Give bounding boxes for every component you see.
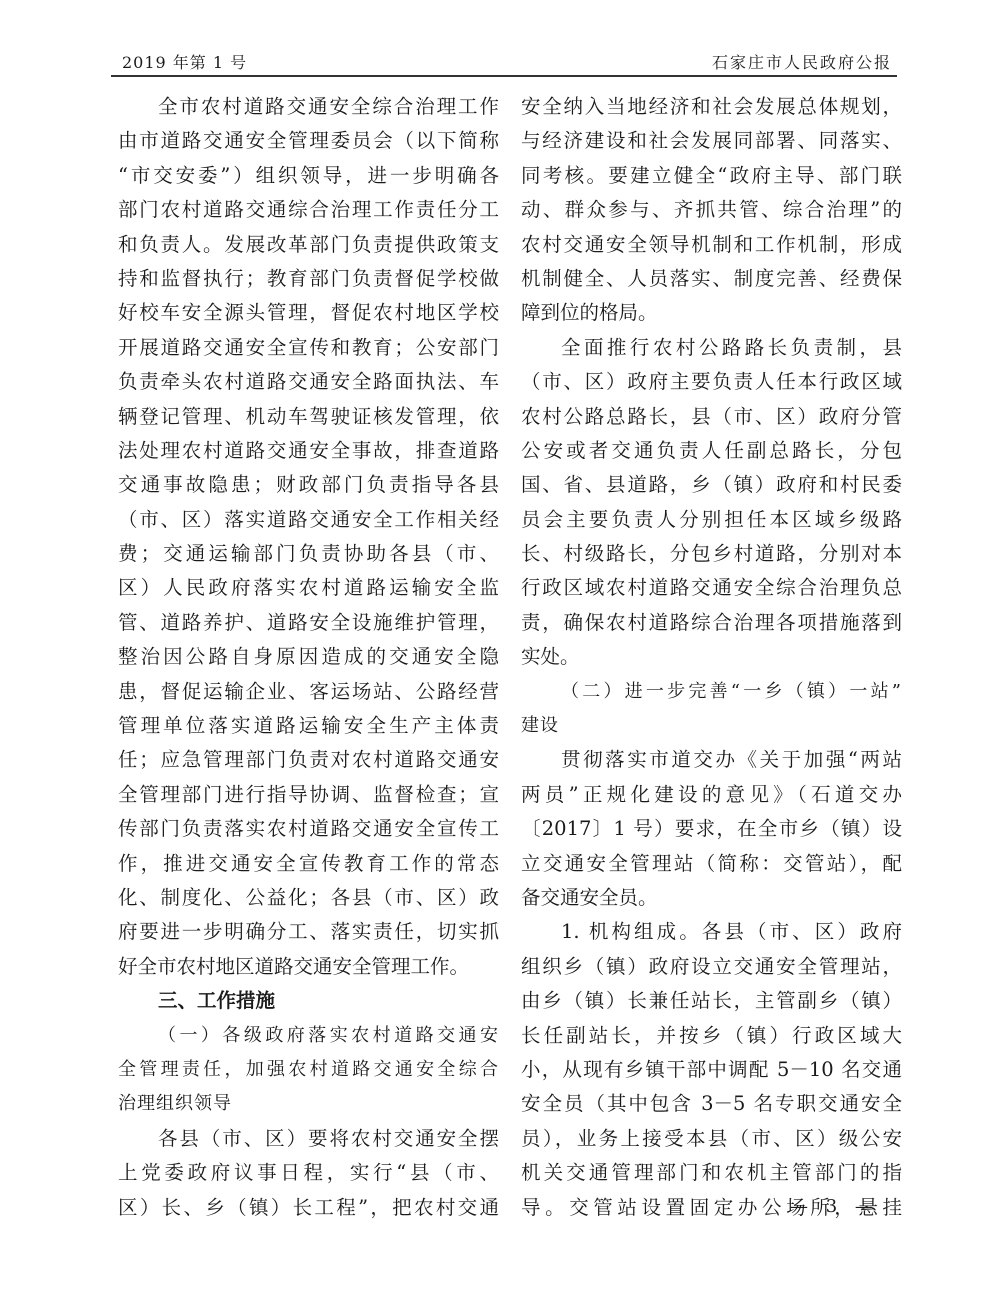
paragraph-line: 开展道路交通安全宣传和教育；公安部门 <box>118 331 499 365</box>
paragraph-line: 1. 机构组成。各县（市、区）政府 <box>521 915 902 949</box>
paragraph-line: 小，从现有乡镇干部中调配 5－10 名交通 <box>521 1053 902 1087</box>
paragraph-line: 责，确保农村道路综合治理各项措施落到 <box>521 606 902 640</box>
paragraph-line: 农村交通安全领导机制和工作机制，形成 <box>521 228 902 262</box>
paragraph-line: 员会主要负责人分别担任本区域乡级路 <box>521 503 902 537</box>
paragraph-line: 上党委政府议事日程，实行“县（市、 <box>118 1156 499 1190</box>
paragraph-line: 府要进一步明确分工、落实责任，切实抓 <box>118 915 499 949</box>
subsection-heading: （一）各级政府落实农村道路交通安 <box>118 1019 499 1053</box>
header-bar: 2019 年第 1 号 石家庄市人民政府公报 <box>116 44 896 78</box>
paragraph-line: 各县（市、区）要将农村交通安全摆 <box>118 1122 499 1156</box>
subsection-heading: （二）进一步完善“一乡（镇）一站” <box>521 675 902 709</box>
paragraph-line: （市、区）落实道路交通安全工作相关经 <box>118 503 499 537</box>
paragraph-line: 安全员（其中包含 3－5 名专职交通安全 <box>521 1087 902 1121</box>
paragraph-line: 组织乡（镇）政府设立交通安全管理站， <box>521 950 902 984</box>
paragraph-line: （市、区）政府主要负责人任本行政区域 <box>521 365 902 399</box>
issue-label: 2019 年第 1 号 <box>122 50 247 73</box>
paragraph-line: 交通事故隐患；财政部门负责指导各县 <box>118 468 499 502</box>
paragraph-line: 备交通安全员。 <box>521 881 902 915</box>
paragraph-line: 〔2017〕1 号）要求，在全市乡（镇）设 <box>521 812 902 846</box>
paragraph-line: 长任副站长，并按乡（镇）行政区域大 <box>521 1019 902 1053</box>
paragraph-line: 好全市农村地区道路交通安全管理工作。 <box>118 950 499 984</box>
paragraph-line: 任；应急管理部门负责对农村道路交通安 <box>118 743 499 777</box>
paragraph-line: 由市道路交通安全管理委员会（以下简称 <box>118 124 499 158</box>
paragraph-line: 费；交通运输部门负责协助各县（市、 <box>118 537 499 571</box>
paragraph-line: 传部门负责落实农村道路交通安全宣传工 <box>118 812 499 846</box>
paragraph-line: 由乡（镇）长兼任站长，主管副乡（镇） <box>521 984 902 1018</box>
paragraph-line: 全面推行农村公路路长负责制，县 <box>521 331 902 365</box>
paragraph-line: 公安或者交通负责人任副总路长，分包 <box>521 434 902 468</box>
publication-title: 石家庄市人民政府公报 <box>712 50 892 73</box>
paragraph-line: 机关交通管理部门和农机主管部门的指 <box>521 1156 902 1190</box>
right-column: 安全纳入当地经济和社会发展总体规划， 与经济建设和社会发展同部署、同落实、 同考… <box>521 90 902 1225</box>
paragraph-line: 区）人民政府落实农村道路运输安全监 <box>118 571 499 605</box>
subsection-heading: 全管理责任，加强农村道路交通安全综合 <box>118 1053 499 1087</box>
subsection-heading: 建设 <box>521 709 902 743</box>
paragraph-line: 负责牵头农村道路交通安全路面执法、车 <box>118 365 499 399</box>
header-divider <box>111 75 897 77</box>
paragraph-line: 安全纳入当地经济和社会发展总体规划， <box>521 90 902 124</box>
paragraph-line: 与经济建设和社会发展同部署、同落实、 <box>521 124 902 158</box>
paragraph-line: 和负责人。发展改革部门负责提供政策支 <box>118 228 499 262</box>
paragraph-line: 动、群众参与、齐抓共管、综合治理”的 <box>521 193 902 227</box>
paragraph-line: 管、道路养护、道路安全设施维护管理， <box>118 606 499 640</box>
paragraph-line: 区）长、乡（镇）长工程”，把农村交通 <box>118 1191 499 1225</box>
paragraph-line: 农村公路总路长，县（市、区）政府分管 <box>521 400 902 434</box>
paragraph-line: 全管理部门进行指导协调、监督检查；宣 <box>118 778 499 812</box>
left-column: 全市农村道路交通安全综合治理工作 由市道路交通安全管理委员会（以下简称 “市交安… <box>118 90 499 1225</box>
paragraph-line: 整治因公路自身原因造成的交通安全隐 <box>118 640 499 674</box>
paragraph-line: 好校车安全源头管理，督促农村地区学校 <box>118 296 499 330</box>
paragraph-line: 同考核。要建立健全“政府主导、部门联 <box>521 159 902 193</box>
paragraph-line: “市交安委”）组织领导，进一步明确各 <box>118 159 499 193</box>
page-number: — 3 — <box>790 1196 879 1217</box>
paragraph-line: 实处。 <box>521 640 902 674</box>
paragraph-line: 障到位的格局。 <box>521 296 902 330</box>
paragraph-line: 立交通安全管理站（简称：交管站），配 <box>521 847 902 881</box>
paragraph-line: 贯彻落实市道交办《关于加强“两站 <box>521 743 902 777</box>
paragraph-line: 两员”正规化建设的意见》（石道交办 <box>521 778 902 812</box>
paragraph-line: 管理单位落实道路运输安全生产主体责 <box>118 709 499 743</box>
paragraph-line: 机制健全、人员落实、制度完善、经费保 <box>521 262 902 296</box>
section-heading: 三、工作措施 <box>118 984 499 1018</box>
paragraph-line: 辆登记管理、机动车驾驶证核发管理，依 <box>118 400 499 434</box>
paragraph-line: 长、村级路长，分包乡村道路，分别对本 <box>521 537 902 571</box>
paragraph-line: 法处理农村道路交通安全事故，排查道路 <box>118 434 499 468</box>
paragraph-line: 员），业务上接受本县（市、区）级公安 <box>521 1122 902 1156</box>
paragraph-line: 化、制度化、公益化；各县（市、区）政 <box>118 881 499 915</box>
paragraph-line: 国、省、县道路，乡（镇）政府和村民委 <box>521 468 902 502</box>
paragraph-line: 患，督促运输企业、客运场站、公路经营 <box>118 675 499 709</box>
paragraph-line: 行政区域农村道路交通安全综合治理负总 <box>521 571 902 605</box>
paragraph-line: 持和监督执行；教育部门负责督促学校做 <box>118 262 499 296</box>
paragraph-line: 部门农村道路交通综合治理工作责任分工 <box>118 193 499 227</box>
subsection-heading: 治理组织领导 <box>118 1087 499 1121</box>
paragraph-line: 全市农村道路交通安全综合治理工作 <box>118 90 499 124</box>
paragraph-line: 作，推进交通安全宣传教育工作的常态 <box>118 847 499 881</box>
